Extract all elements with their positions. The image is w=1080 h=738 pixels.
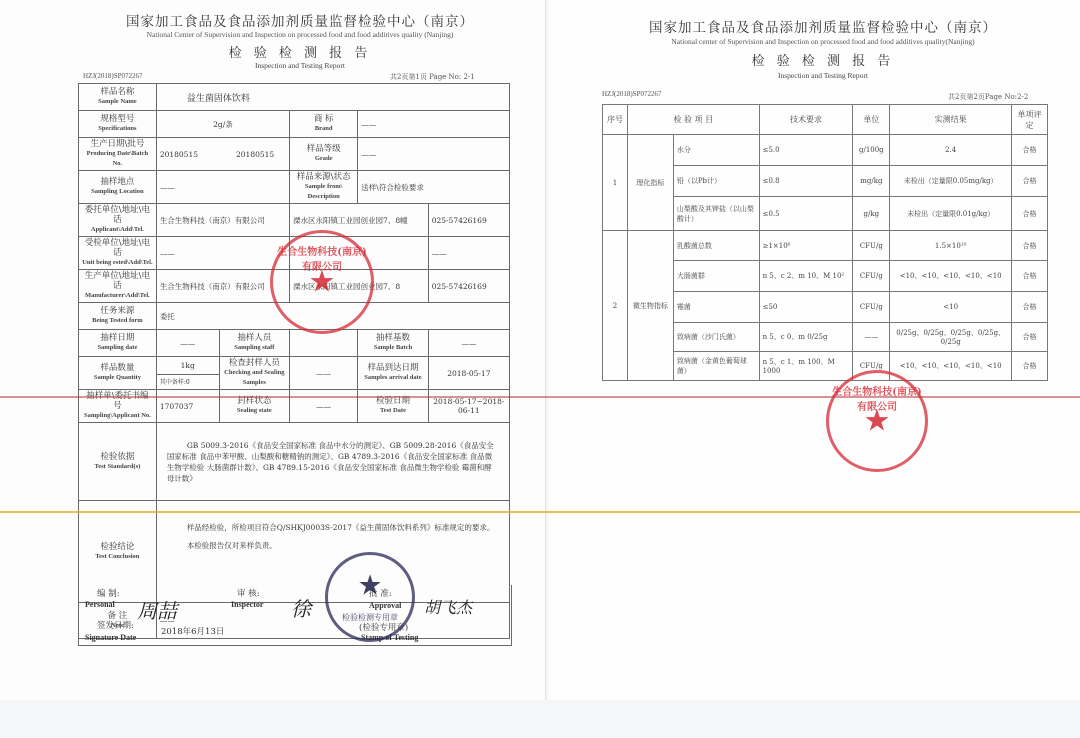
col-item: 检 验 项 目 bbox=[627, 105, 759, 135]
test-item: 霉菌 bbox=[673, 292, 759, 323]
unit: g/100g bbox=[853, 135, 890, 166]
report-number: HZJ(2018)SP072267 bbox=[83, 72, 143, 80]
requirement: ≤50 bbox=[759, 292, 853, 323]
report-title-en: Inspection and Testing Report bbox=[60, 61, 540, 70]
requirement: ≤5.0 bbox=[759, 135, 853, 166]
scan-line-artifact bbox=[0, 396, 1080, 398]
test-item: 大肠菌群 bbox=[673, 261, 759, 292]
label-cn: 委托单位\地址\电话 bbox=[82, 205, 153, 225]
test-item: 致病菌（金黄色葡萄球菌） bbox=[673, 352, 759, 381]
label-en: Sample Batch bbox=[361, 343, 424, 353]
issuer-name-cn: 国家加工食品及食品添加剂质量监督检验中心（南京） bbox=[588, 16, 1058, 36]
test-results-table: 序号 检 验 项 目 技术要求 单位 实测结果 单项评定 1理化指标水分≤5.0… bbox=[602, 104, 1048, 381]
star-icon: ★ bbox=[864, 404, 891, 439]
personal-label-en: Personal bbox=[85, 600, 115, 609]
row-sample-quantity: 样品数量Sample Quantity 1kg 检查封样人员Checking a… bbox=[79, 357, 510, 375]
requirement: ≤0.8 bbox=[759, 166, 853, 197]
requirement: n 5、c 1、m 100、M 1000 bbox=[759, 352, 853, 381]
result: 2.4 bbox=[890, 135, 1012, 166]
conclusion-disclaimer: 本检验报告仅对来样负责。 bbox=[167, 537, 499, 555]
label-cn: 样品名称 bbox=[82, 87, 153, 97]
sample-description-value: 送样\符合检验要求 bbox=[358, 171, 510, 204]
requirement: n 5、c 2、m 10、M 10² bbox=[759, 261, 853, 292]
grade-value: —— bbox=[358, 138, 510, 171]
row-applicant-no: 抽样单\委托书编号Sampling\Applicant No. 1707037 … bbox=[79, 390, 510, 423]
label-en: Producing Date\Batch No. bbox=[82, 149, 153, 169]
row-test-standards: 检验依据Test Standard(s) GB 5009.3-2016《食品安全… bbox=[79, 423, 510, 501]
verdict: 合格 bbox=[1012, 135, 1048, 166]
verdict: 合格 bbox=[1012, 197, 1048, 231]
label-en: Sample Name bbox=[82, 97, 153, 107]
result: 1.5×10¹⁰ bbox=[890, 231, 1012, 261]
label-cn: 抽样基数 bbox=[361, 333, 424, 343]
verdict: 合格 bbox=[1012, 292, 1048, 323]
group-number: 1 bbox=[603, 135, 628, 231]
label-cn: 样品等级 bbox=[293, 144, 354, 154]
unit: —— bbox=[853, 323, 890, 352]
label-cn: 检验日期 bbox=[361, 396, 424, 406]
sample-quantity-note: 其中备样:0 bbox=[156, 374, 219, 389]
requirement: n 5、c 0、m 0/25g bbox=[759, 323, 853, 352]
label-cn: 抽样地点 bbox=[82, 177, 153, 187]
company-seal-stamp: 生合生物科技(南京)有限公司 ★ bbox=[826, 370, 928, 472]
test-item: 水分 bbox=[673, 135, 759, 166]
test-standards-value: GB 5009.3-2016《食品安全国家标准 食品中水分的测定》、GB 500… bbox=[156, 423, 509, 501]
page-number: 共2页第2页Page No:2-2 bbox=[948, 92, 1028, 102]
label-cn: 生产单位\地址\电话 bbox=[82, 271, 153, 291]
label-cn: 任务来源 bbox=[82, 306, 153, 316]
result: 未检出（定量限0.05mg/kg） bbox=[890, 166, 1012, 197]
company-seal-stamp: 生合生物科技(南京)有限公司 ★ bbox=[270, 230, 374, 334]
row-sampling-location: 抽样地点Sampling Location —— 样品来源\状态Sample f… bbox=[79, 171, 510, 204]
group-number: 2 bbox=[603, 231, 628, 381]
unit: mg/kg bbox=[853, 166, 890, 197]
col-no: 序号 bbox=[603, 105, 628, 135]
inspector-label-cn: 审 核: bbox=[237, 587, 260, 599]
label-en: Samples arrival date bbox=[361, 373, 424, 383]
inspector-signature: 徐 bbox=[291, 593, 311, 622]
brand-value: —— bbox=[358, 111, 510, 138]
unit: CFU/g bbox=[853, 231, 890, 261]
label-en: Sampling date bbox=[82, 343, 153, 353]
arrival-date-value: 2018-05-17 bbox=[428, 357, 509, 390]
col-verdict: 单项评定 bbox=[1012, 105, 1048, 135]
sealing-state-value: —— bbox=[290, 390, 358, 423]
label-cn: 样品数量 bbox=[82, 363, 153, 373]
personal-signature: 周喆 bbox=[137, 595, 177, 624]
verdict: 合格 bbox=[1012, 352, 1048, 381]
col-requirement: 技术要求 bbox=[759, 105, 853, 135]
report-title-cn: 检 验 检 测 报 告 bbox=[60, 42, 540, 61]
conclusion-text: 样品经检验，所检项目符合Q/SHKJ0003S-2017《益生菌固体饮料系列》标… bbox=[167, 519, 499, 537]
label-cn: 规格型号 bbox=[82, 114, 153, 124]
personal-label-cn: 编 制: bbox=[97, 587, 120, 599]
label-cn: 封样状态 bbox=[223, 396, 286, 406]
label-en: Brand bbox=[293, 124, 354, 134]
label-cn: 检查封样人员 bbox=[223, 358, 286, 368]
inspector-label-en: Inspector bbox=[231, 600, 263, 609]
issuer-name-en: National center of Supervision and Inspe… bbox=[588, 37, 1058, 46]
page-number: 共2页第1页 Page No: 2-1 bbox=[390, 72, 475, 82]
table-header-row: 序号 检 验 项 目 技术要求 单位 实测结果 单项评定 bbox=[603, 105, 1048, 135]
label-cn: 抽样单\委托书编号 bbox=[82, 391, 153, 411]
label-en: Manufacturer\Add\Tel. bbox=[82, 291, 153, 301]
label-en: Grade bbox=[293, 154, 354, 164]
issuer-name-cn: 国家加工食品及食品添加剂质量监督检验中心（南京） bbox=[60, 10, 540, 30]
approval-signature: 胡飞杰 bbox=[424, 595, 472, 618]
label-en: Specifications bbox=[82, 124, 153, 134]
report-title-cn: 检 验 检 测 报 告 bbox=[588, 50, 1058, 69]
star-icon: ★ bbox=[309, 265, 336, 300]
label-cn: 抽样人员 bbox=[223, 333, 286, 343]
requirement: ≤0.5 bbox=[759, 197, 853, 231]
verdict: 合格 bbox=[1012, 166, 1048, 197]
signature-block: 编 制: Personal 周喆 审 核: Inspector 徐 批 准: A… bbox=[78, 585, 512, 646]
label-en: Checking and Sealing Samples bbox=[223, 368, 286, 388]
col-result: 实测结果 bbox=[890, 105, 1012, 135]
seal-text: 检验检测专用章 bbox=[342, 613, 398, 623]
applicant-name: 生合生物科技（南京）有限公司 bbox=[156, 204, 289, 237]
label-cn: 检验依据 bbox=[82, 452, 153, 462]
issuer-name-en: National Center of Supervision and Inspe… bbox=[60, 30, 540, 39]
label-cn: 样品到达日期 bbox=[361, 363, 424, 373]
group-category: 微生物指标 bbox=[627, 231, 673, 381]
label-en: Sampling\Applicant No. bbox=[82, 411, 153, 421]
test-item: 铅（以Pb计） bbox=[673, 166, 759, 197]
row-specifications: 规格型号Specifications 2g/条 商 标Brand —— bbox=[79, 111, 510, 138]
verdict: 合格 bbox=[1012, 231, 1048, 261]
label-cn: 抽样日期 bbox=[82, 333, 153, 343]
label-en: Sample from\ Description bbox=[293, 182, 354, 202]
checking-sealing-value: —— bbox=[290, 357, 358, 390]
row-applicant: 委托单位\地址\电话Applicant\Add\Tel. 生合生物科技（南京）有… bbox=[79, 204, 510, 237]
result: <10、<10、<10、<10、<10 bbox=[890, 261, 1012, 292]
sampling-location-value: —— bbox=[156, 171, 289, 204]
production-date-value: 20180515 bbox=[160, 150, 198, 159]
table-row: 2微生物指标乳酸菌总数≥1×10⁶CFU/g1.5×10¹⁰合格 bbox=[603, 231, 1048, 261]
test-item: 乳酸菌总数 bbox=[673, 231, 759, 261]
row-sampling-date: 抽样日期Sampling date —— 抽样人员Sampling staff … bbox=[79, 330, 510, 357]
result: 0/25g、0/25g、0/25g、0/25g、0/25g bbox=[890, 323, 1012, 352]
sampling-date-value: —— bbox=[156, 330, 219, 357]
label-cn: 样品来源\状态 bbox=[293, 172, 354, 182]
result: <10、<10、<10、<10、<10 bbox=[890, 352, 1012, 381]
test-item: 致病菌（沙门氏菌） bbox=[673, 323, 759, 352]
label-en: Test Conclusion bbox=[82, 552, 153, 562]
label-en: Test Standard(s) bbox=[82, 462, 153, 472]
label-cn: 检验结论 bbox=[82, 542, 153, 552]
testing-seal-stamp: ★ 检验检测专用章 bbox=[325, 552, 415, 642]
label-en: Sample Quantity bbox=[82, 373, 153, 383]
applicant-no-value: 1707037 bbox=[156, 390, 219, 423]
label-en: Sampling Location bbox=[82, 187, 153, 197]
label-cn: 生产日期\批号 bbox=[82, 139, 153, 149]
col-unit: 单位 bbox=[853, 105, 890, 135]
star-icon: ★ bbox=[357, 569, 382, 602]
unit: CFU/g bbox=[853, 292, 890, 323]
group-category: 理化指标 bbox=[627, 135, 673, 231]
signature-date-label-en: Signature Date bbox=[85, 633, 136, 642]
scan-line-artifact bbox=[0, 511, 1080, 513]
label-en: Sampling staff bbox=[223, 343, 286, 353]
test-date-value: 2018-05-17~2018-06-11 bbox=[428, 390, 509, 423]
label-en: Unit being ested\Add\Tel. bbox=[82, 258, 153, 268]
verdict: 合格 bbox=[1012, 323, 1048, 352]
sample-batch-value: —— bbox=[428, 330, 509, 357]
row-sample-name: 样品名称Sample Name 益生菌固体饮料 bbox=[79, 84, 510, 111]
row-production-date: 生产日期\批号Producing Date\Batch No. 20180515… bbox=[79, 138, 510, 171]
unit: CFU/g bbox=[853, 261, 890, 292]
label-cn: 商 标 bbox=[293, 114, 354, 124]
label-en: Applicant\Add\Tel. bbox=[82, 225, 153, 235]
report-number: HZJ(2018)SP072267 bbox=[602, 90, 662, 98]
result: 未检出（定量限0.01g/kg） bbox=[890, 197, 1012, 231]
signature-date-label-cn: 签发日期: bbox=[97, 619, 134, 631]
table-row: 1理化指标水分≤5.0g/100g2.4合格 bbox=[603, 135, 1048, 166]
label-en: Test Date bbox=[361, 406, 424, 416]
manufacturer-tel: 025-57426169 bbox=[428, 270, 509, 303]
report-info-table: 样品名称Sample Name 益生菌固体饮料 规格型号Specificatio… bbox=[78, 83, 510, 639]
label-en: Being Tested form bbox=[82, 316, 153, 326]
batch-number-value: 20180515 bbox=[236, 150, 274, 159]
label-en: Sealing state bbox=[223, 406, 286, 416]
requirement: ≥1×10⁶ bbox=[759, 231, 853, 261]
specifications-value: 2g/条 bbox=[156, 111, 289, 138]
test-item: 山梨酸及其钾盐（以山梨酸计） bbox=[673, 197, 759, 231]
result: <10 bbox=[890, 292, 1012, 323]
unit-tested-tel: —— bbox=[428, 237, 509, 270]
sample-quantity-value: 1kg bbox=[156, 357, 219, 375]
report-title-en: Inspection and Testing Report bbox=[588, 71, 1058, 80]
unit: g/kg bbox=[853, 197, 890, 231]
verdict: 合格 bbox=[1012, 261, 1048, 292]
signature-date-value: 2018年6月13日 bbox=[161, 625, 224, 637]
label-cn: 受检单位\地址\电话 bbox=[82, 238, 153, 258]
sample-name-value: 益生菌固体饮料 bbox=[156, 84, 509, 111]
applicant-tel: 025-57426169 bbox=[428, 204, 509, 237]
unit-tested-name: —— bbox=[156, 237, 289, 270]
